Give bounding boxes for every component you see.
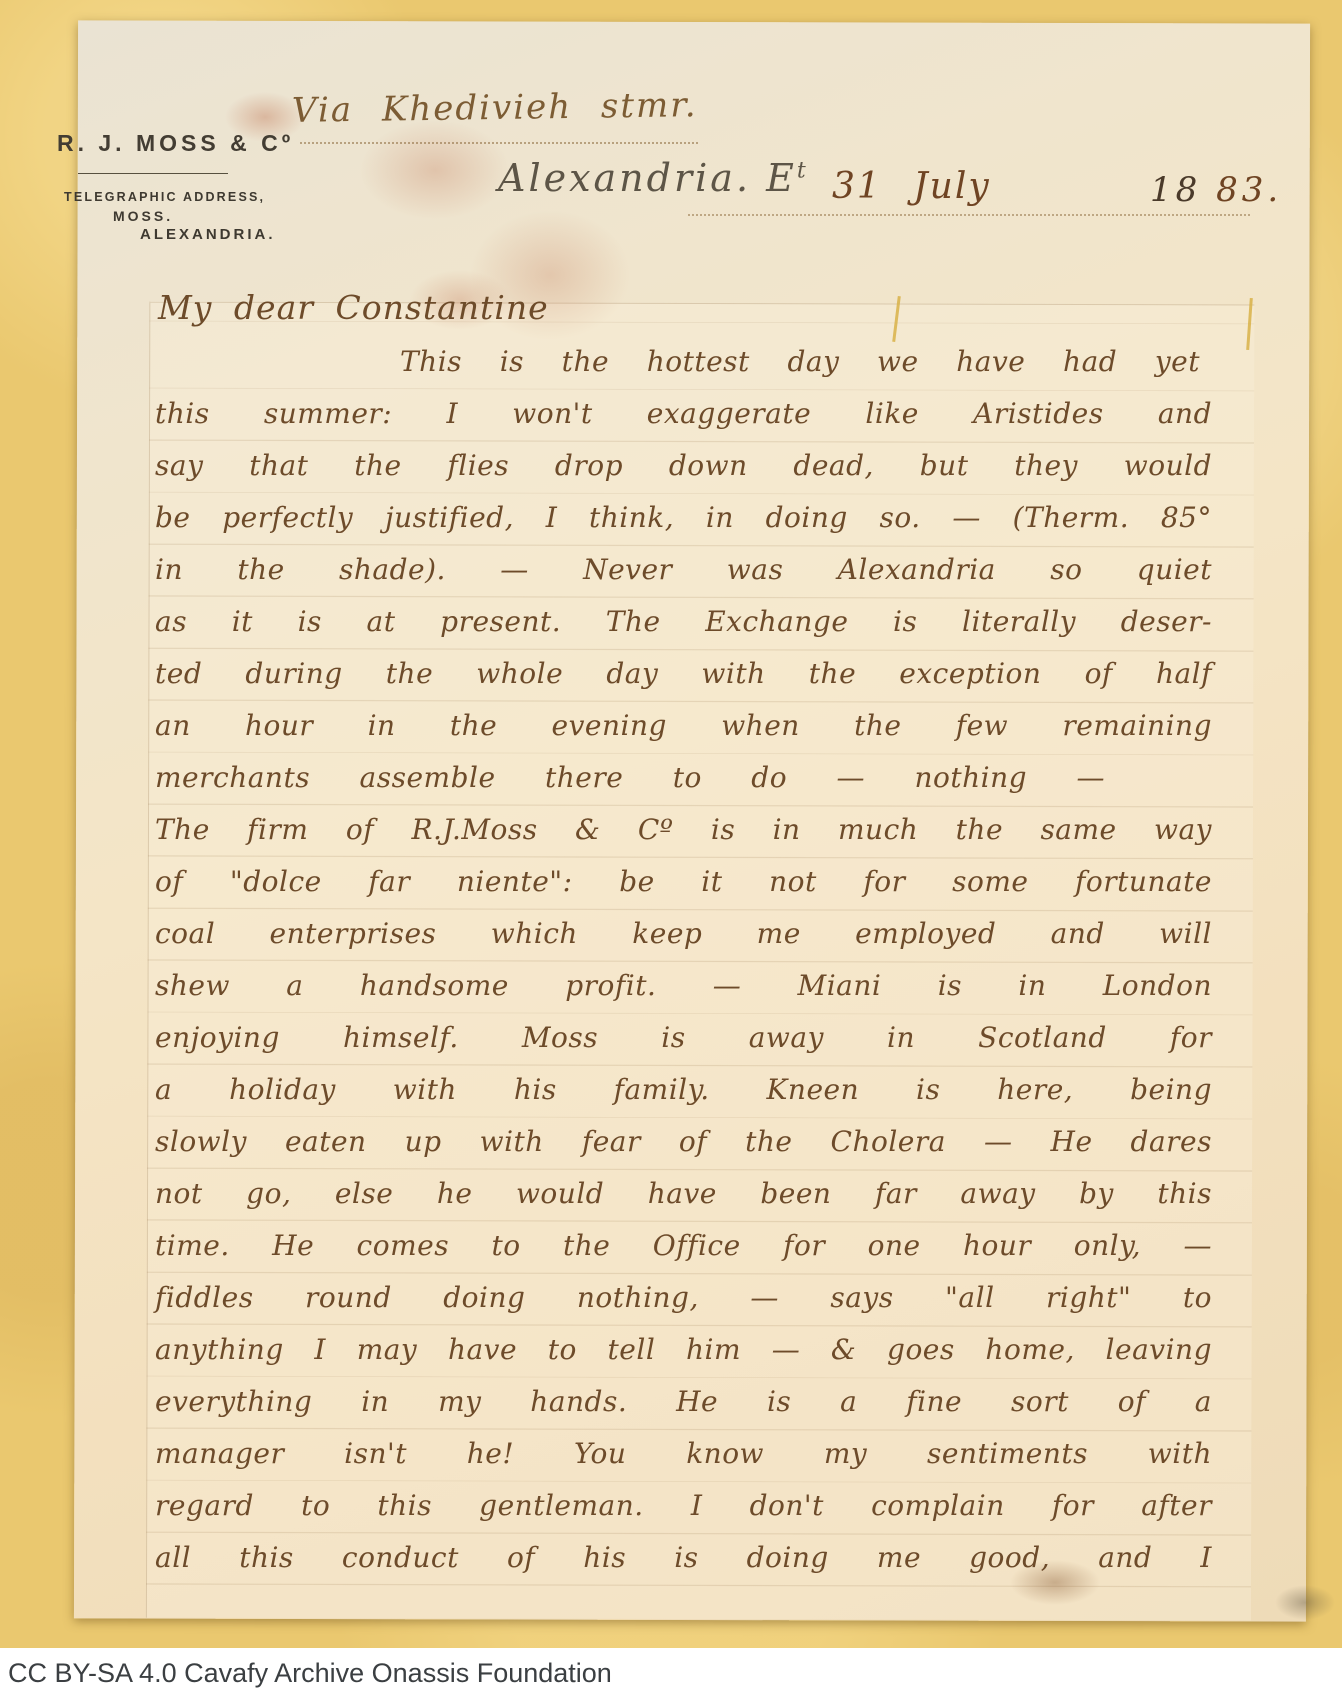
letter-line: fiddles round doing nothing, — says "all… [155, 1281, 1212, 1321]
letter-line: all this conduct of his is doing me good… [155, 1541, 1212, 1581]
letter-line: say that the flies drop down dead, but t… [155, 449, 1212, 489]
letter-line: coal enterprises which keep me employed … [155, 917, 1212, 957]
via-underline [300, 142, 698, 144]
letter-line: not go, else he would have been far away… [155, 1177, 1212, 1217]
date-place: Alexandria. Et [498, 156, 809, 200]
date-place-superscript: t [797, 158, 809, 183]
letter-line: The firm of R.J.Moss & Cº is in much the… [155, 813, 1212, 853]
letter-line: be perfectly justified, I think, in doin… [155, 501, 1212, 541]
letter-line: time. He comes to the Office for one hou… [155, 1229, 1212, 1269]
letterhead-company: R. J. MOSS & Cº [57, 130, 294, 157]
letter-line: slowly eaten up with fear of the Cholera… [155, 1125, 1212, 1165]
date-year: 18 83. [1150, 170, 1282, 210]
letter-line: anything I may have to tell him — & goes… [155, 1333, 1212, 1373]
via-routing-line: Via Khedivieh stmr. [292, 85, 698, 131]
license-credit-text: CC BY-SA 4.0 Cavafy Archive Onassis Foun… [8, 1658, 612, 1689]
letter-line: shew a handsome profit. — Miani is in Lo… [155, 969, 1212, 1009]
letter-line: as it is at present. The Exchange is lit… [155, 605, 1212, 645]
letterhead-rule [78, 173, 228, 174]
footer-bar: CC BY-SA 4.0 Cavafy Archive Onassis Foun… [0, 1648, 1342, 1699]
date-year-handwritten: 83. [1216, 170, 1282, 210]
scanned-letter-page: R. J. MOSS & Cº TELEGRAPHIC ADDRESS, MOS… [0, 0, 1342, 1699]
letter-line: This is the hottest day we have had yet [400, 345, 1200, 385]
letter-line: enjoying himself. Moss is away in Scotla… [155, 1021, 1212, 1061]
date-year-printed: 18 [1150, 170, 1201, 210]
letter-line: in the shade). — Never was Alexandria so… [155, 553, 1212, 593]
letter-line: merchants assemble there to do — nothing… [155, 761, 1105, 801]
letterhead-telegraphic-name: MOSS. [113, 208, 173, 224]
date-place-text: Alexandria. E [498, 156, 797, 200]
letter-line: ted during the whole day with the except… [155, 657, 1212, 697]
letterhead-telegraphic-label: TELEGRAPHIC ADDRESS, [64, 190, 265, 204]
date-day-month: 31 July [832, 166, 991, 207]
letter-line: manager isn't he! You know my sentiments… [155, 1437, 1212, 1477]
letter-line: everything in my hands. He is a fine sor… [155, 1385, 1212, 1425]
salutation: My dear Constantine [158, 288, 549, 327]
letter-line: an hour in the evening when the few rema… [155, 709, 1212, 749]
date-underline [688, 214, 1250, 216]
letterhead-telegraphic-city: ALEXANDRIA. [140, 226, 276, 243]
letter-line: of "dolce far niente": be it not for som… [155, 865, 1212, 905]
letter-line: this summer: I won't exaggerate like Ari… [155, 397, 1212, 437]
letter-line: regard to this gentleman. I don't compla… [155, 1489, 1212, 1529]
letter-line: a holiday with his family. Kneen is here… [155, 1073, 1212, 1113]
